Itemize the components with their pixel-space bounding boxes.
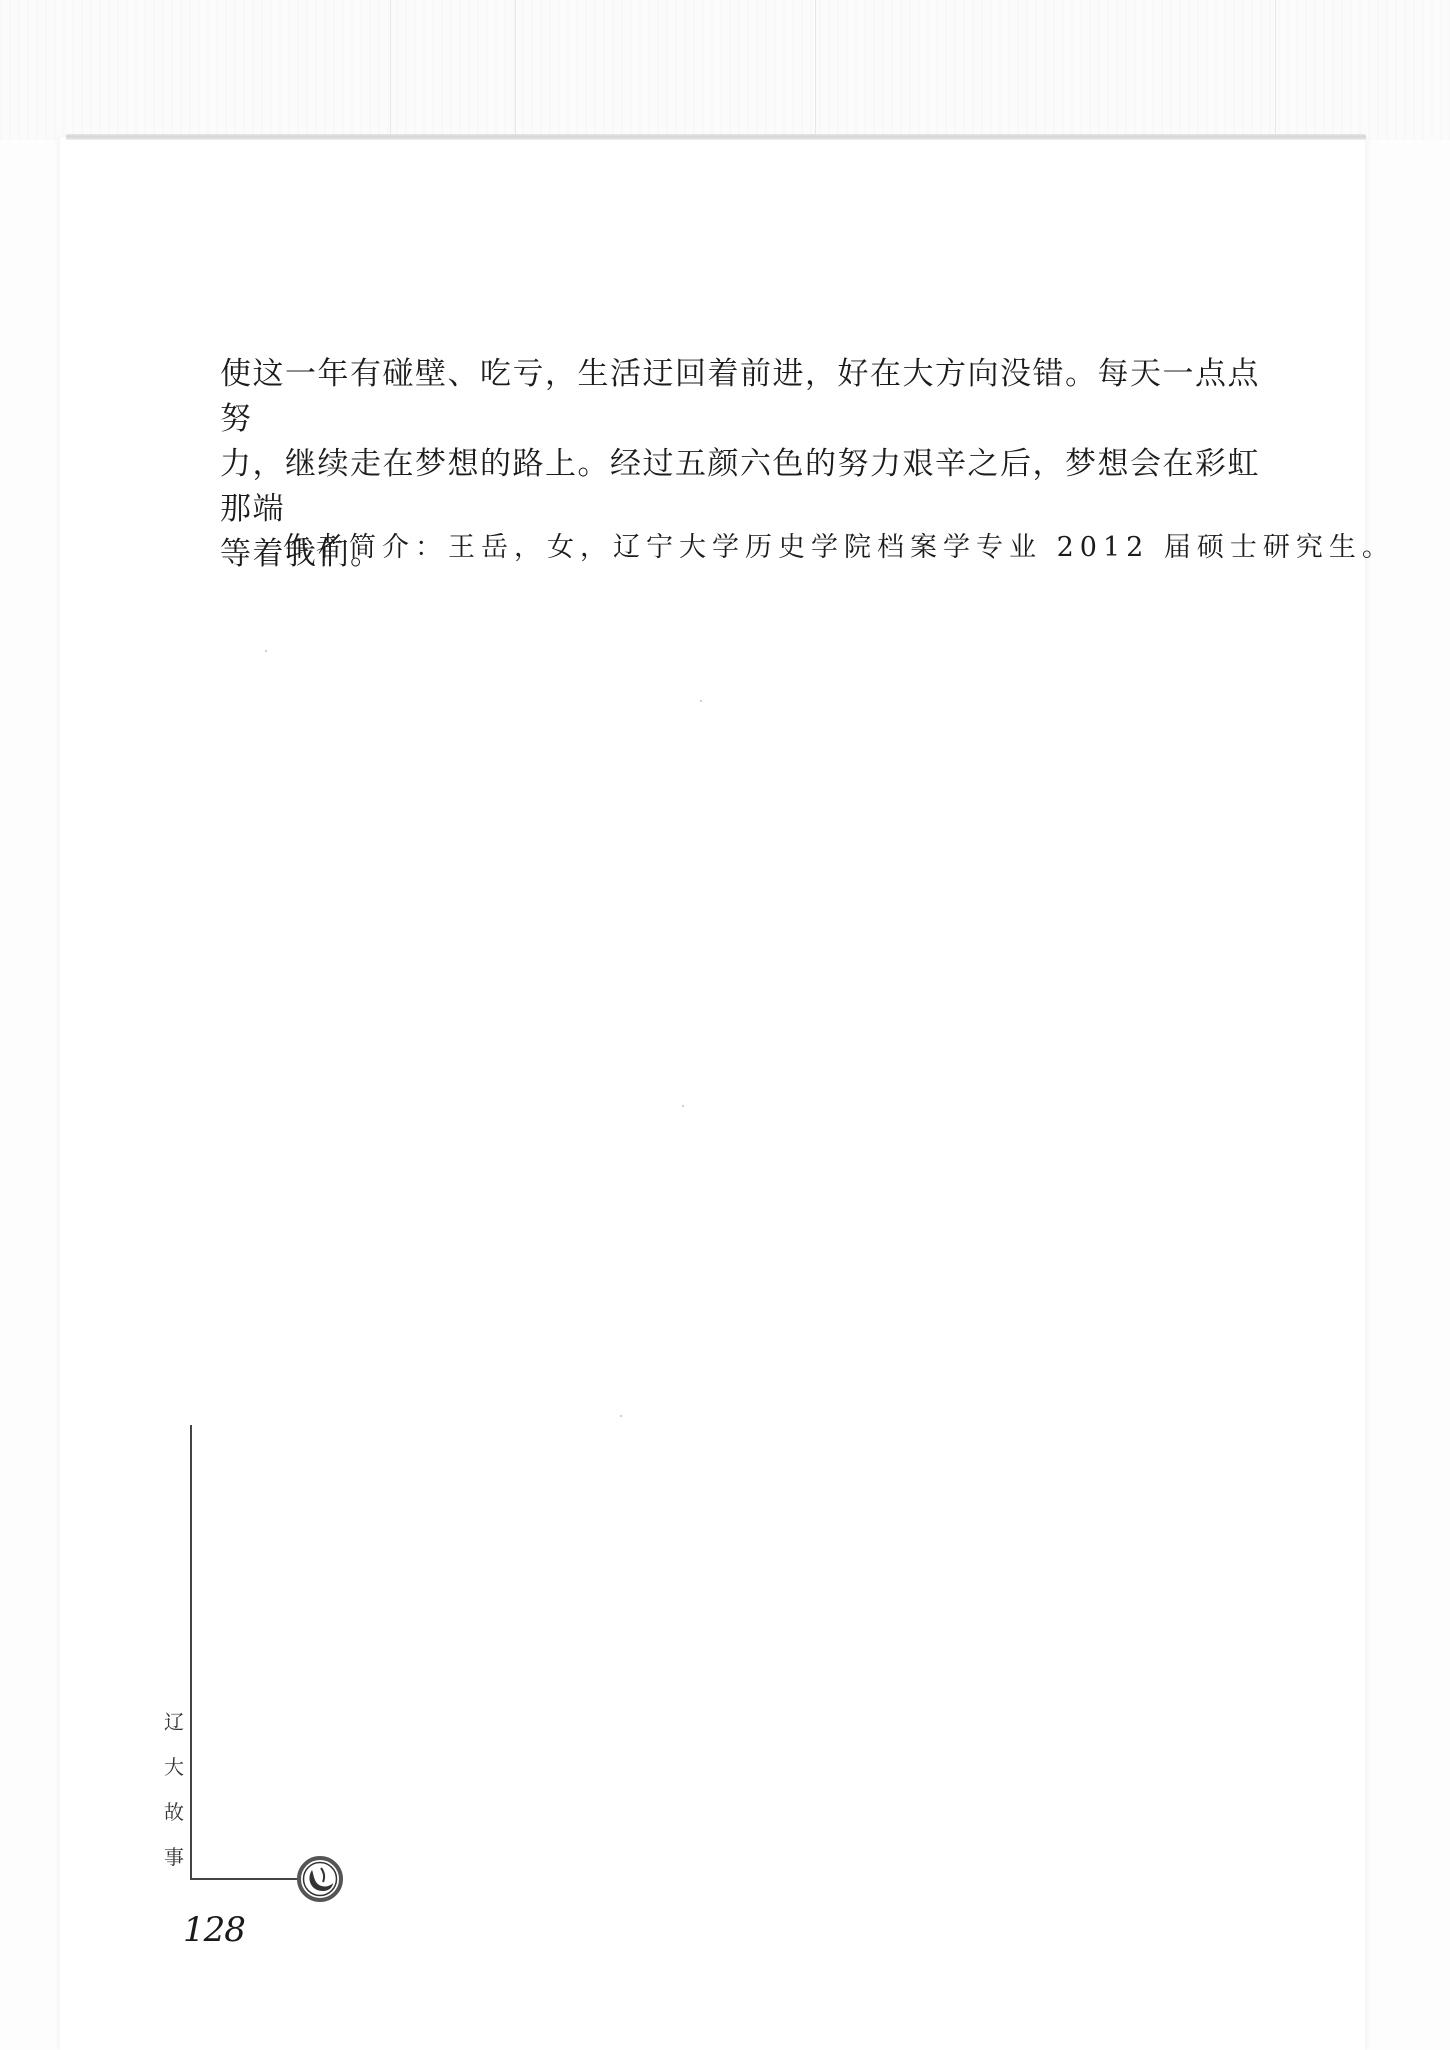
body-line: 力，继续走在梦想的路上。经过五颜六色的努力艰辛之后，梦想会在彩虹那端 (220, 442, 1260, 532)
page-top-edge (66, 134, 1366, 140)
page-number: 128 (183, 1910, 245, 1950)
series-title-vertical: 辽 大 故 事 (162, 1700, 186, 1880)
footer-horizontal-rule (190, 1878, 297, 1880)
scan-streak (515, 0, 516, 140)
series-title-char: 事 (164, 1835, 184, 1880)
scan-streak (1275, 0, 1276, 140)
body-line: 使这一年有碰壁、吃亏，生活迂回着前进，好在大方向没错。每天一点点努 (220, 352, 1260, 442)
moon-emblem-icon (296, 1855, 344, 1903)
series-title-char: 故 (164, 1790, 184, 1835)
scan-streak (390, 0, 391, 140)
scan-speck (265, 650, 267, 652)
footer-vertical-rule (190, 1425, 192, 1880)
series-title-char: 大 (164, 1745, 184, 1790)
scan-streak (815, 0, 816, 140)
scan-background-strip (0, 0, 1450, 140)
series-title-char: 辽 (164, 1700, 184, 1745)
scan-speck (682, 1105, 684, 1107)
scan-speck (700, 700, 702, 702)
scan-speck (620, 1415, 622, 1417)
author-bio: 作者简介：王岳，女，辽宁大学历史学院档案学专业 2012 届硕士研究生。 (283, 530, 1263, 566)
